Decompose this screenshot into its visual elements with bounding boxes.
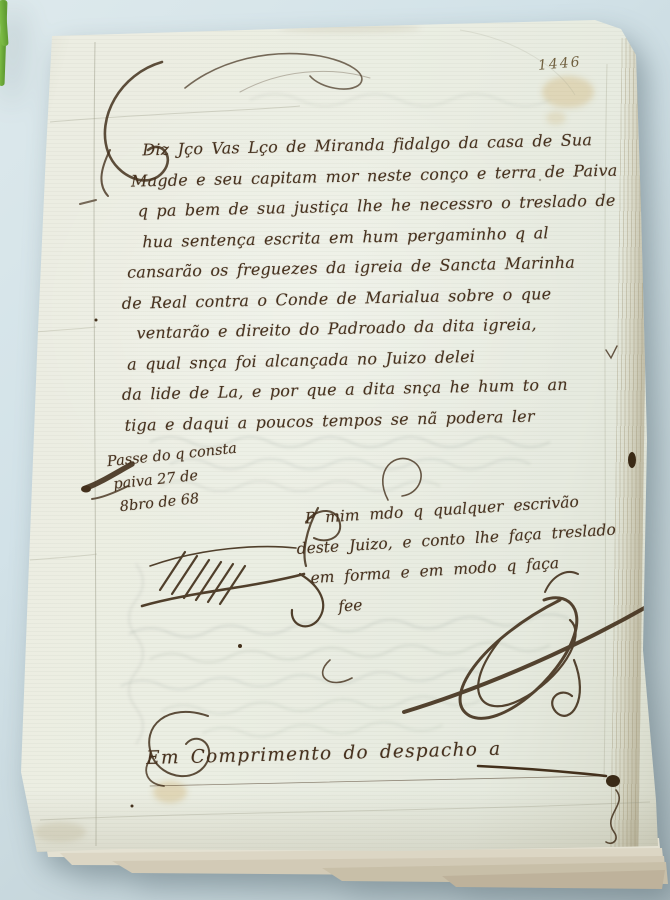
showthrough-line (250, 94, 550, 106)
margin-dash-mark (80, 200, 96, 204)
closing-line: Em Comprimento do despacho a (146, 739, 502, 769)
stain (542, 76, 594, 108)
ink-speck (95, 319, 98, 322)
scribble-stroke (172, 556, 197, 594)
ink-speck (238, 644, 242, 648)
showthrough-loops (129, 564, 143, 744)
photo-backdrop: 1446 Diz Jço Vas Lço de Miranda fidalgo … (0, 0, 670, 900)
showthrough-line (121, 669, 481, 692)
edge-grime (280, 23, 420, 33)
ink-blob (81, 486, 91, 493)
scribble-stroke (220, 566, 245, 604)
scribble-stroke (160, 552, 185, 590)
scribble-underline (142, 574, 304, 606)
body-text-block: Diz Jço Vas Lço de Miranda fidalgo da ca… (116, 124, 663, 441)
horizontal-crease (50, 106, 300, 122)
ascender-flourish (383, 458, 421, 500)
scribble-stroke (208, 564, 233, 602)
binding-thread (0, 0, 9, 46)
despatch-block: P mim mdo q qualquer escrivão deste Juiz… (296, 485, 620, 624)
top-swash-flourish (185, 54, 362, 89)
fee-underswirl (323, 660, 352, 683)
manuscript-page: 1446 Diz Jço Vas Lço de Miranda fidalgo … (0, 0, 670, 900)
rubric-tail (552, 660, 580, 716)
scribble-topline (150, 547, 296, 566)
margin-note-block: Passe do q consta paiva 27 de 8bro de 68 (100, 438, 243, 521)
opening-initial-flourish (101, 150, 110, 196)
scribble-stroke (184, 560, 209, 598)
horizontal-crease (36, 327, 96, 332)
closing-trailing-dash (478, 766, 606, 776)
rubric-slash (404, 606, 648, 712)
rubric-loop (478, 620, 575, 706)
closing-rule (150, 776, 600, 786)
document-stack: 1446 Diz Jço Vas Lço de Miranda fidalgo … (0, 0, 670, 900)
margin-signature-flourish (142, 547, 323, 627)
showthrough-line (150, 640, 550, 664)
rubric-loop (460, 598, 577, 719)
horizontal-crease (30, 554, 97, 560)
showthrough-line (202, 720, 442, 738)
stain (546, 111, 566, 125)
folio-number: 1446 (537, 54, 582, 74)
page-bottom-shading (20, 790, 660, 852)
vertical-fold-crease (94, 42, 96, 846)
scribble-stroke (196, 562, 221, 600)
showthrough-line (162, 695, 482, 716)
top-swash-flourish (240, 71, 370, 92)
